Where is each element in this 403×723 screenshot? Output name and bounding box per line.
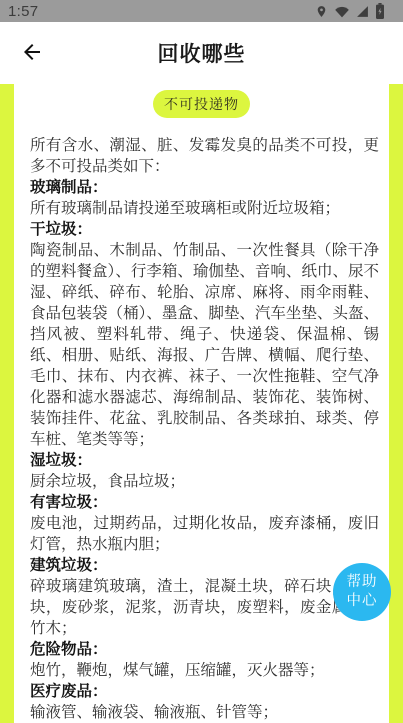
section-title-medical-waste: 医疗废品： xyxy=(30,681,379,702)
intro-paragraph: 所有含水、潮湿、脏、发霉发臭的品类不可投，更多不可投品类如下： xyxy=(30,135,379,177)
wifi-icon xyxy=(334,5,350,18)
battery-icon xyxy=(375,3,385,19)
page-title: 回收哪些 xyxy=(158,38,246,68)
status-bar: 1:57 xyxy=(0,0,403,22)
section-body-dry-waste: 陶瓷制品、木制品、竹制品、一次性餐具（除干净的塑料餐盒）、行李箱、瑜伽垫、音响、… xyxy=(30,240,379,450)
content-card: 不可投递物 所有含水、潮湿、脏、发霉发臭的品类不可投，更多不可投品类如下： 玻璃… xyxy=(14,84,389,723)
status-time: 1:57 xyxy=(8,3,38,20)
section-body-medical-waste: 输液管、输液袋、输液瓶、针管等； xyxy=(30,702,379,723)
section-title-construction-waste: 建筑垃圾： xyxy=(30,555,379,576)
app-header: 回收哪些 xyxy=(0,22,403,84)
section-body-glass: 所有玻璃制品请投递至玻璃柜或附近垃圾箱； xyxy=(30,198,379,219)
section-title-dry-waste: 干垃圾： xyxy=(30,219,379,240)
help-center-label-line1: 帮助 xyxy=(347,573,378,592)
section-body-construction-waste: 碎玻璃建筑玻璃，渣土，混凝土块，碎石块，碎砖块，废砂浆，泥浆，沥青块，废塑料，废… xyxy=(30,576,379,639)
status-icons xyxy=(315,3,395,19)
section-body-dangerous-items: 炮竹，鞭炮，煤气罐，压缩罐，灭火器等； xyxy=(30,660,379,681)
section-title-glass: 玻璃制品： xyxy=(30,177,379,198)
recycle-rules-text: 所有含水、潮湿、脏、发霉发臭的品类不可投，更多不可投品类如下： 玻璃制品： 所有… xyxy=(14,118,389,723)
section-body-wet-waste: 厨余垃圾，食品垃圾； xyxy=(30,471,379,492)
section-body-hazardous-waste: 废电池，过期药品，过期化妆品，废弃漆桶，废旧灯管，热水瓶内胆； xyxy=(30,513,379,555)
content-scroll-area[interactable]: 不可投递物 所有含水、潮湿、脏、发霉发臭的品类不可投，更多不可投品类如下： 玻璃… xyxy=(0,84,403,723)
non-deliverable-badge: 不可投递物 xyxy=(153,90,250,118)
section-title-hazardous-waste: 有害垃圾： xyxy=(30,492,379,513)
section-title-dangerous-items: 危险物品： xyxy=(30,639,379,660)
section-title-wet-waste: 湿垃圾： xyxy=(30,450,379,471)
help-center-button[interactable]: 帮助 中心 xyxy=(333,563,391,621)
location-icon xyxy=(315,5,328,18)
help-center-label-line2: 中心 xyxy=(347,592,378,611)
badge-row: 不可投递物 xyxy=(14,84,389,118)
cellular-signal-icon xyxy=(356,5,369,18)
back-button[interactable] xyxy=(16,37,48,69)
back-arrow-icon xyxy=(20,40,44,67)
